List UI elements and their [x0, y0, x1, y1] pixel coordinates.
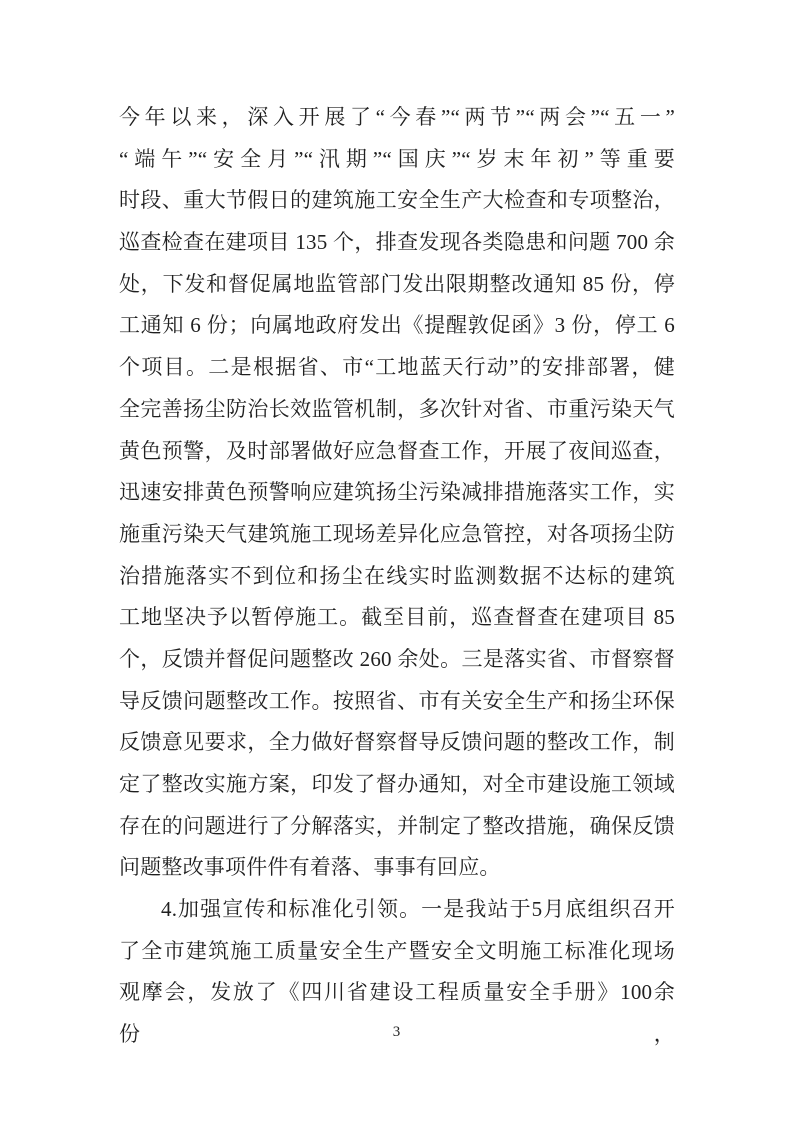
text-line: 问题整改事项件件有着落、事事有回应。: [119, 847, 675, 889]
text-line: 定了整改实施方案，印发了督办通知，对全市建设施工领域: [119, 764, 675, 806]
text-line: 今年以来，深入开展了“今春”“两节”“两会”“五一”: [119, 97, 675, 139]
text-line: 个，反馈并督促问题整改 260 余处。三是落实省、市督察督: [119, 639, 675, 681]
text-line: 全完善扬尘防治长效监管机制，多次针对省、市重污染天气: [119, 389, 675, 431]
text-line: 处，下发和督促属地监管部门发出限期整改通知 85 份，停: [119, 264, 675, 306]
text-line: 存在的问题进行了分解落实，并制定了整改措施，确保反馈: [119, 806, 675, 848]
text-line: 迅速安排黄色预警响应建筑扬尘污染减排措施落实工作，实: [119, 472, 675, 514]
text-line: 工通知 6 份；向属地政府发出《提醒敦促函》3 份，停工 6: [119, 305, 675, 347]
text-line: 个项目。二是根据省、市“工地蓝天行动”的安排部署，健: [119, 347, 675, 389]
text-line: 工地坚决予以暂停施工。截至目前，巡查督查在建项目 85: [119, 597, 675, 639]
text-line: 巡查检查在建项目 135 个，排查发现各类隐患和问题 700 余: [119, 222, 675, 264]
document-page: 今年以来，深入开展了“今春”“两节”“两会”“五一”“端午”“安全月”“汛期”“…: [0, 0, 793, 1122]
text-line: 了全市建筑施工质量安全生产暨安全文明施工标准化现场: [119, 931, 675, 973]
text-line: “端午”“安全月”“汛期”“国庆”“岁末年初”等重要: [119, 139, 675, 181]
page-number: 3: [0, 1022, 793, 1042]
text-line: 4.加强宣传和标准化引领。一是我站于5月底组织召开: [119, 889, 675, 931]
text-line: 导反馈问题整改工作。按照省、市有关安全生产和扬尘环保: [119, 681, 675, 723]
text-line: 时段、重大节假日的建筑施工安全生产大检查和专项整治，: [119, 180, 675, 222]
text-line: 观摩会，发放了《四川省建设工程质量安全手册》100余份，: [119, 972, 675, 1014]
document-body: 今年以来，深入开展了“今春”“两节”“两会”“五一”“端午”“安全月”“汛期”“…: [119, 97, 675, 1014]
text-line: 黄色预警，及时部署做好应急督查工作，开展了夜间巡查，: [119, 431, 675, 473]
text-line: 施重污染天气建筑施工现场差异化应急管控，对各项扬尘防: [119, 514, 675, 556]
text-line: 反馈意见要求，全力做好督察督导反馈问题的整改工作，制: [119, 722, 675, 764]
text-line: 治措施落实不到位和扬尘在线实时监测数据不达标的建筑: [119, 556, 675, 598]
